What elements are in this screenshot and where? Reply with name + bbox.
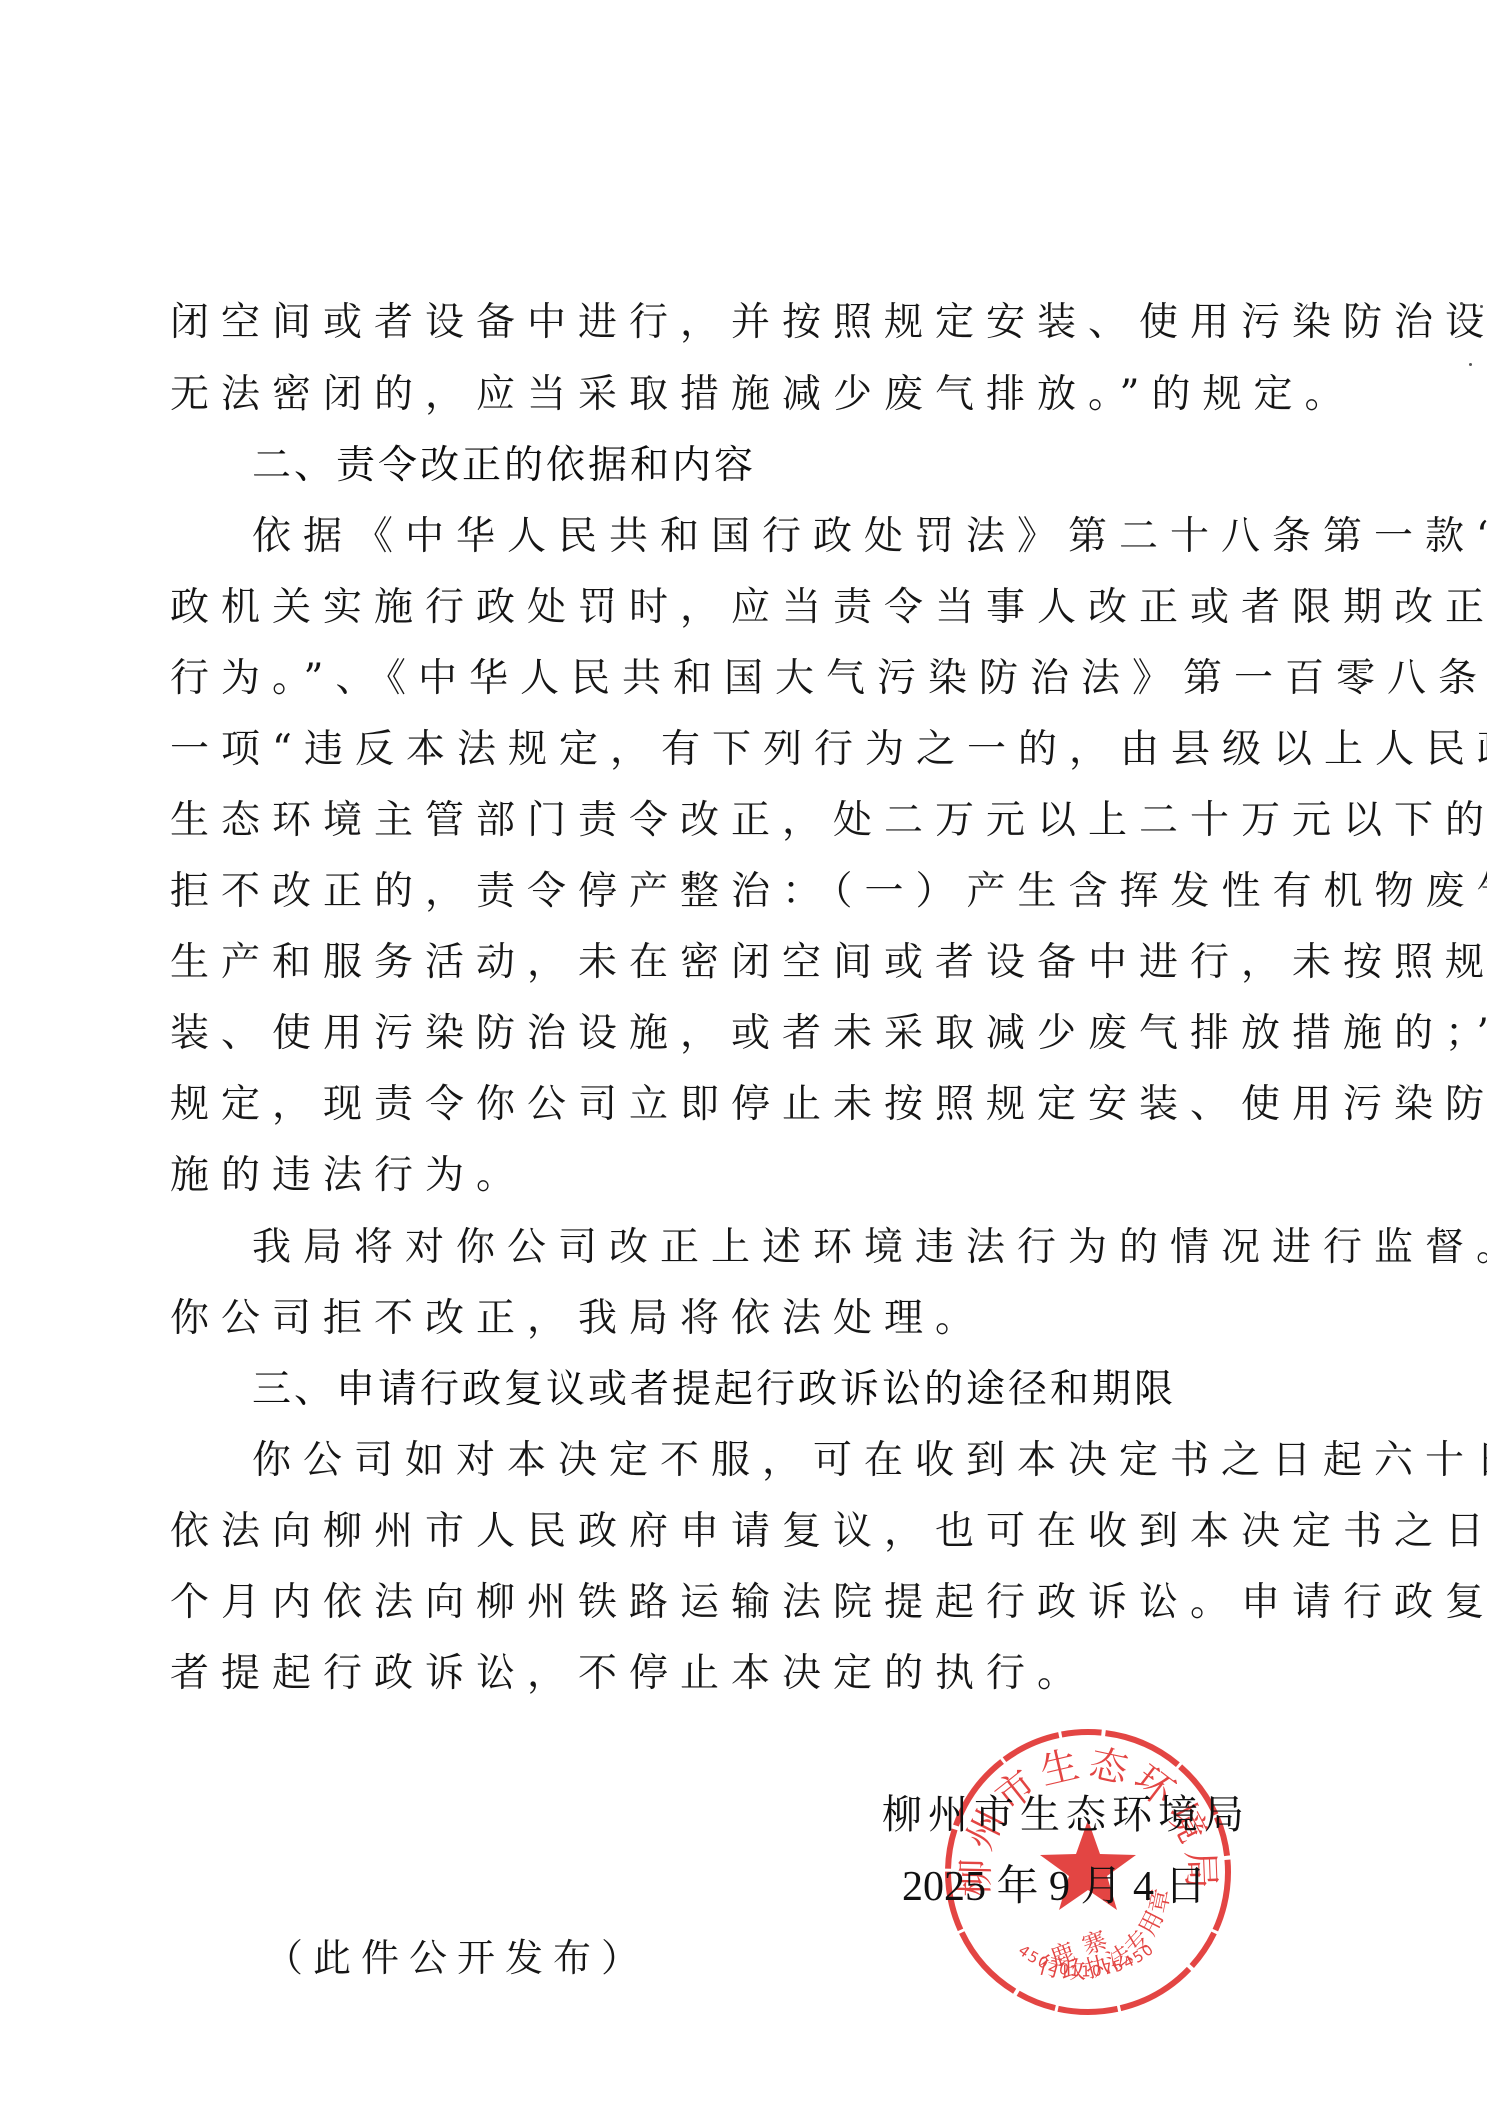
paragraph-line: 拒不改正的，责令停产整治：（一）产生含挥发性有机物废气的 [170, 869, 1330, 915]
issue-date: 2025 年 9 月 4 日 [902, 1864, 1207, 1910]
issuing-organization: 柳州市生态环境局 [882, 1792, 1250, 1838]
paragraph-line: 生态环境主管部门责令改正，处二万元以上二十万元以下的罚款； [170, 798, 1330, 844]
paragraph-line: 生产和服务活动，未在密闭空间或者设备中进行，未按照规定安 [170, 940, 1330, 986]
paragraph-line: 施的违法行为。 [170, 1153, 1330, 1199]
document-page: 闭空间或者设备中进行，并按照规定安装、使用污染防治设施； 无法密闭的，应当采取措… [0, 0, 1487, 2102]
paragraph-line: 个月内依法向柳州铁路运输法院提起行政诉讼。申请行政复议或 [170, 1580, 1330, 1626]
paragraph-line: 政机关实施行政处罚时，应当责令当事人改正或者限期改正违法 [170, 585, 1330, 631]
scan-speck [1469, 363, 1472, 366]
paragraph-line: 你公司如对本决定不服，可在收到本决定书之日起六十日内 [252, 1438, 1412, 1484]
paragraph-line: 行为。”、《中华人民共和国大气污染防治法》第一百零八条第 [170, 656, 1330, 702]
paragraph-line: 你公司拒不改正，我局将依法处理。 [170, 1296, 1330, 1342]
paragraph-line: 闭空间或者设备中进行，并按照规定安装、使用污染防治设施； [170, 300, 1330, 346]
public-release-note: （此件公开发布） [265, 1935, 649, 1981]
paragraph-line: 规定，现责令你公司立即停止未按照规定安装、使用污染防治设 [170, 1082, 1330, 1128]
paragraph-line: 我局将对你公司改正上述环境违法行为的情况进行监督。如 [252, 1225, 1412, 1271]
scan-speck [1480, 305, 1483, 308]
paragraph-line: 一项“违反本法规定，有下列行为之一的，由县级以上人民政府 [170, 727, 1330, 773]
section-heading: 二、责令改正的依据和内容 [252, 443, 756, 489]
paragraph-line: 依据《中华人民共和国行政处罚法》第二十八条第一款“行 [252, 514, 1412, 560]
paragraph-line: 依法向柳州市人民政府申请复议，也可在收到本决定书之日起六 [170, 1509, 1330, 1555]
paragraph-line: 装、使用污染防治设施，或者未采取减少废气排放措施的；”的 [170, 1011, 1330, 1057]
scan-speck [1460, 302, 1463, 305]
paragraph-line: 无法密闭的，应当采取措施减少废气排放。”的规定。 [170, 372, 1330, 418]
section-heading: 三、申请行政复议或者提起行政诉讼的途径和期限 [252, 1367, 1176, 1413]
paragraph-line: 者提起行政诉讼，不停止本决定的执行。 [170, 1651, 1330, 1697]
